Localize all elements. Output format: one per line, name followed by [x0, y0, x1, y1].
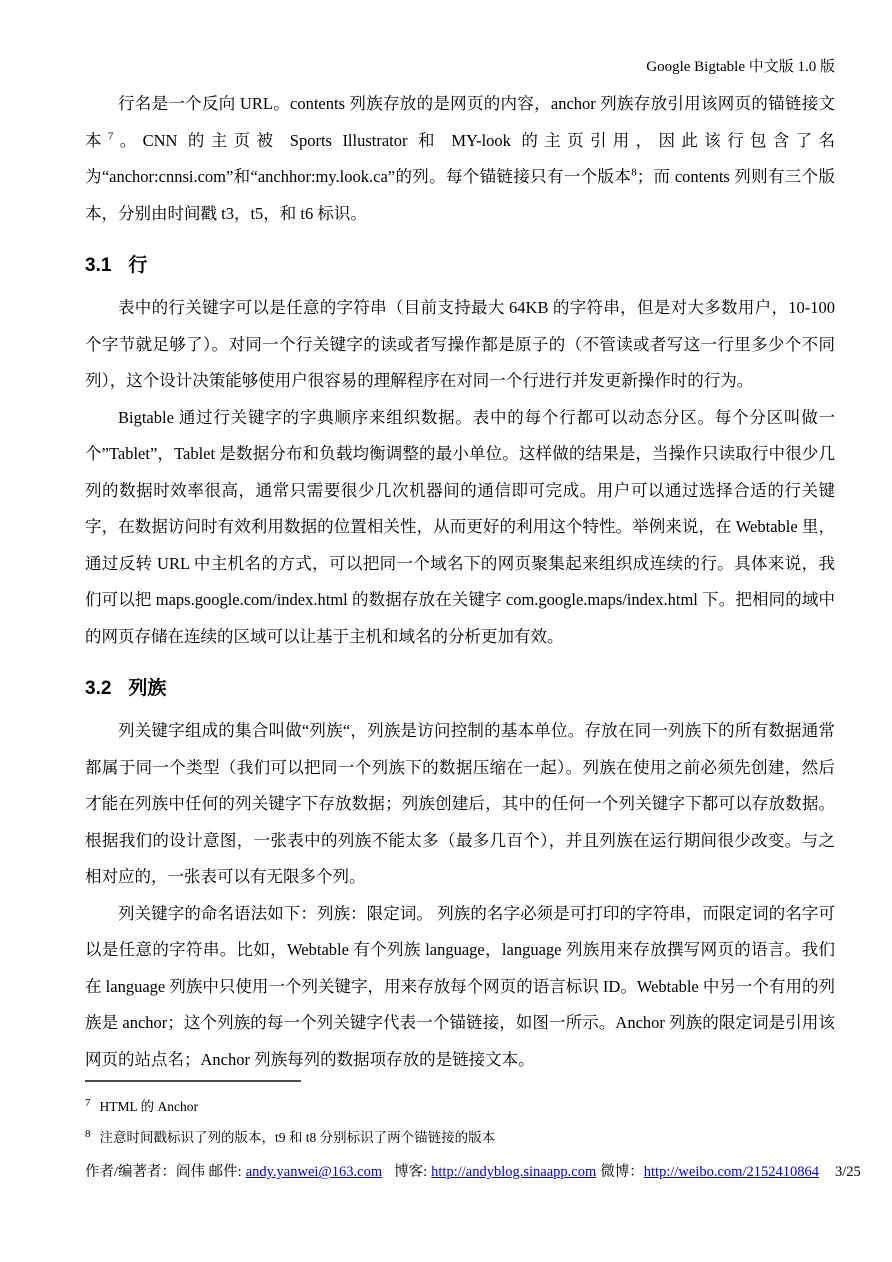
- paragraph-rows-1: 表中的行关键字可以是任意的字符串（目前支持最大 64KB 的字符串，但是对大多数…: [85, 290, 835, 400]
- section-number: 3.1: [85, 255, 111, 276]
- author-label: 作者/编著者：阎伟 邮件:: [85, 1164, 242, 1180]
- page-footer: 作者/编著者：阎伟 邮件:andy.yanwei@163.com博客:http:…: [85, 1161, 851, 1183]
- footnote-text: HTML 的 Anchor: [100, 1099, 198, 1114]
- footnote-marker: 8: [85, 1128, 91, 1140]
- paragraph-column-families-1: 列关键字组成的集合叫做“列族“，列族是访问控制的基本单位。存放在同一列族下的所有…: [85, 713, 835, 896]
- paragraph-intro: 行名是一个反向 URL。contents 列族存放的是网页的内容，anchor …: [85, 86, 835, 232]
- section-heading-3-1: 3.1行: [85, 253, 835, 279]
- document-content: 行名是一个反向 URL。contents 列族存放的是网页的内容，anchor …: [85, 86, 835, 1078]
- paragraph-rows-2: Bigtable 通过行关键字的字典顺序来组织数据。表中的每个行都可以动态分区。…: [85, 400, 835, 656]
- footnotes-section: 7HTML 的 Anchor 8注意时间戳标识了列的版本，t9 和 t8 分别标…: [85, 1080, 835, 1153]
- blog-link[interactable]: http://andyblog.sinaapp.com: [431, 1164, 596, 1180]
- footnote-8: 8注意时间戳标识了列的版本，t9 和 t8 分别标识了两个锚链接的版本: [85, 1122, 835, 1153]
- paragraph-column-families-2: 列关键字的命名语法如下：列族：限定词。 列族的名字必须是可打印的字符串，而限定词…: [85, 896, 835, 1079]
- section-number: 3.2: [85, 678, 111, 699]
- footnote-text: 注意时间戳标识了列的版本，t9 和 t8 分别标识了两个锚链接的版本: [100, 1130, 496, 1145]
- blog-label: 博客:: [394, 1164, 427, 1180]
- email-link[interactable]: andy.yanwei@163.com: [246, 1164, 382, 1180]
- page-header: Google Bigtable 中文版 1.0 版: [85, 57, 835, 77]
- section-heading-3-2: 3.2列族: [85, 676, 835, 702]
- footnote-7: 7HTML 的 Anchor: [85, 1091, 835, 1122]
- footer-author-info: 作者/编著者：阎伟 邮件:andy.yanwei@163.com博客:http:…: [85, 1161, 819, 1183]
- document-page: Google Bigtable 中文版 1.0 版 行名是一个反向 URL。co…: [0, 0, 892, 1262]
- section-title: 列族: [128, 678, 166, 699]
- page-number: 3/25: [835, 1161, 861, 1183]
- header-title: Google Bigtable 中文版 1.0 版: [646, 59, 835, 75]
- footnote-separator: [85, 1080, 301, 1082]
- section-title: 行: [128, 255, 147, 276]
- weibo-link[interactable]: http://weibo.com/2152410864: [644, 1164, 819, 1180]
- weibo-label: 微博：: [600, 1164, 644, 1180]
- footnote-marker: 7: [85, 1097, 91, 1109]
